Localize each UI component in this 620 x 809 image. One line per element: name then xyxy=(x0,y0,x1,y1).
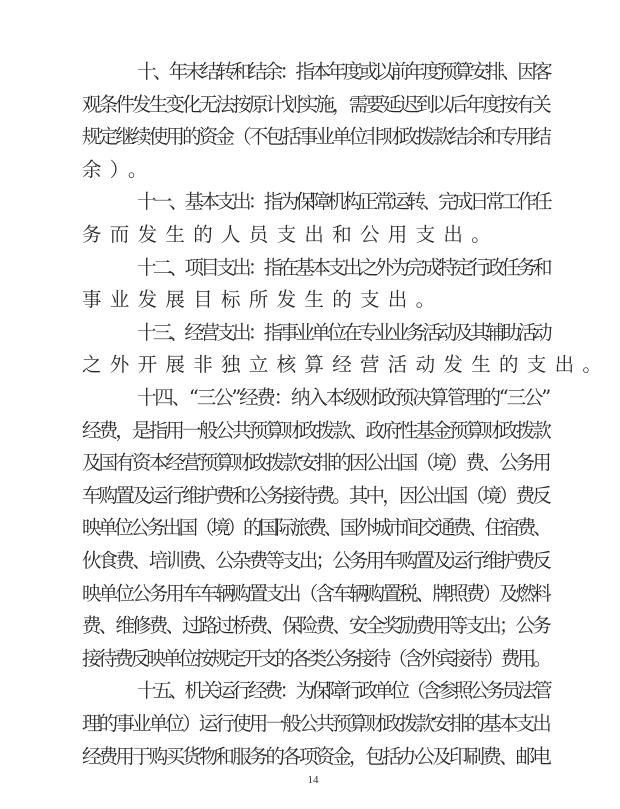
text-line: 费、维修费、过路过桥费、保险费、安全奖励费用等支出；公务 xyxy=(82,610,549,642)
text-line: 十三、经营支出：指事业单位在专业业务活动及其辅助活动 xyxy=(137,317,549,349)
text-line: 之外开展非独立核算经营活动发生的支出。 xyxy=(82,349,610,381)
text-line: 务而发生的人员支出和公用支出。 xyxy=(82,219,499,251)
page-number: 14 xyxy=(303,774,323,786)
text-line: 映单位公务出国（境）的国际旅费、国外城市间交通费、住宿费、 xyxy=(82,512,549,544)
text-line: 接待费反映单位按规定开支的各类公务接待（含外宾接待）费用。 xyxy=(82,643,549,675)
text-line: 及国有资本经营预算财政拨款安排的因公出国（境）费、公务用 xyxy=(82,447,549,479)
text-line: 车购置及运行维护费和公务接待费。其中，因公出国（境）费反 xyxy=(82,480,549,512)
text-line: 经费用于购买货物和服务的各项资金，包括办公及印刷费、邮电 xyxy=(82,741,549,773)
text-line: 十五、机关运行经费：为保障行政单位（含参照公务员法管 xyxy=(137,675,549,707)
text-line: 理的事业单位）运行使用一般公共预算财政拨款安排的基本支出 xyxy=(82,708,549,740)
text-line: 伙食费、培训费、公杂费等支出；公务用车购置及运行维护费反 xyxy=(82,545,549,577)
text-line: 十二、项目支出：指在基本支出之外为完成特定行政任务和 xyxy=(137,252,549,284)
document-page: 十、年末结转和结余：指本年度或以前年度预算安排、因客观条件发生变化无法按原计划实… xyxy=(0,0,620,809)
text-line: 十、年末结转和结余：指本年度或以前年度预算安排、因客 xyxy=(137,56,549,88)
text-line: 余）。 xyxy=(82,154,156,186)
text-line: 观条件发生变化无法按原计划实施，需要延迟到以后年度按有关 xyxy=(82,89,549,121)
text-line: 十四、“三公”经费：纳入本级财政预决算管理的“三公” xyxy=(137,382,549,414)
text-line: 事业发展目标所发生的支出。 xyxy=(82,284,443,316)
text-line: 规定继续使用的资金（不包括事业单位非财政拨款结余和专用结 xyxy=(82,121,549,153)
text-line: 经费，是指用一般公共预算财政拨款、政府性基金预算财政拨款 xyxy=(82,415,549,447)
text-line: 映单位公务用车车辆购置支出（含车辆购置税、牌照费）及燃料 xyxy=(82,578,549,610)
text-line: 十一、基本支出：指为保障机构正常运转、完成日常工作任 xyxy=(137,186,549,218)
